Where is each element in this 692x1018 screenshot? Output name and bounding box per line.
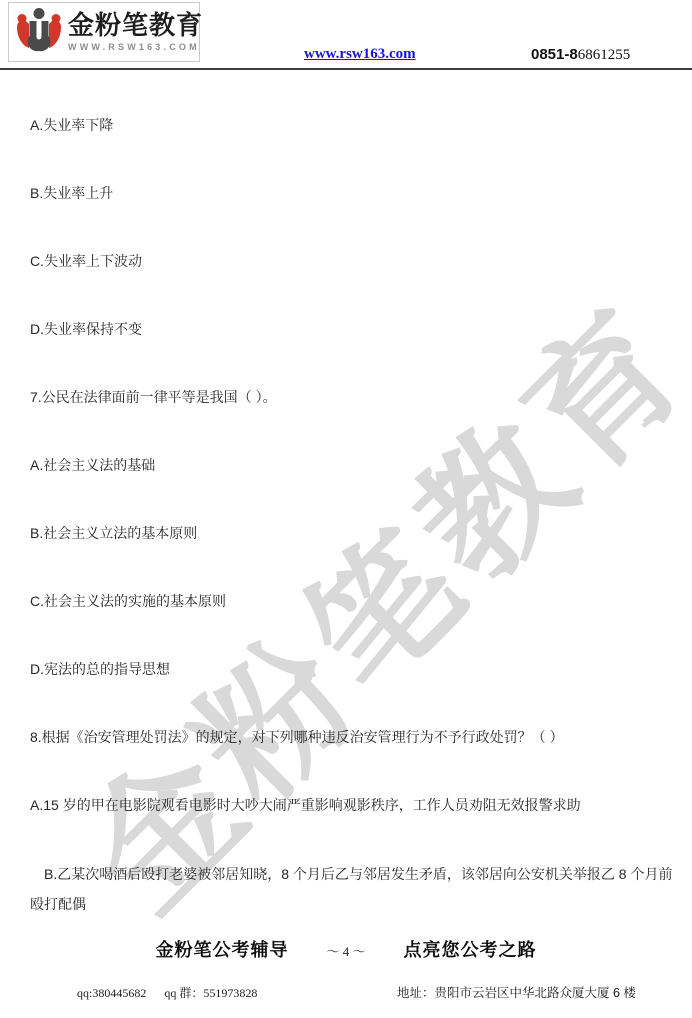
page-number: ～ 4 ～ [326, 941, 365, 960]
option-b-q6: B.失业率上升 [30, 185, 680, 201]
option-c-q7: C.社会主义法的实施的基本原则 [30, 593, 680, 609]
option-a-q7: A.社会主义法的基础 [30, 457, 680, 473]
page-footer: 金粉笔公考辅导 ～ 4 ～ 点亮您公考之路 [0, 936, 692, 962]
document-page: 金粉笔教育 WWW.RSW163.COM www.rsw163.com 0851… [0, 0, 692, 1018]
qq-number: qq:380445682 [77, 986, 146, 1000]
question-7: 7.公民在法律面前一律平等是我国（ ）。 [30, 389, 680, 405]
option-a-q8: A.15 岁的甲在电影院观看电影时大吵大闹严重影响观影秩序，工作人员劝阻无效报警… [30, 797, 680, 813]
question-8: 8.根据《治安管理处罚法》的规定，对下列哪种违反治安管理行为不予行政处罚？（ ） [30, 729, 680, 745]
option-b-q7: B.社会主义立法的基本原则 [30, 525, 680, 541]
option-d-q7: D.宪法的总的指导思想 [30, 661, 680, 677]
footer-address: 地址：贵阳市云岩区中华北路众厦大厦 6 楼 [397, 983, 636, 1001]
option-b-q8: B.乙某次喝酒后殴打老婆被邻居知晓，8 个月后乙与邻居发生矛盾，该邻居向公安机关… [30, 859, 682, 919]
option-c-q6: C.失业率上下波动 [30, 253, 680, 269]
footer-qq-info: qq:380445682qq 群：551973828 [77, 984, 257, 1001]
option-a-q6: A.失业率下降 [30, 117, 680, 133]
option-d-q6: D.失业率保持不变 [30, 321, 680, 337]
footer-brand-slogan-left: 金粉笔公考辅导 [155, 936, 288, 962]
document-body: A.失业率下降 B.失业率上升 C.失业率上下波动 D.失业率保持不变 7.公民… [0, 0, 692, 1018]
qq-group-number: qq 群：551973828 [164, 986, 257, 1000]
footer-brand-slogan-right: 点亮您公考之路 [404, 936, 537, 962]
